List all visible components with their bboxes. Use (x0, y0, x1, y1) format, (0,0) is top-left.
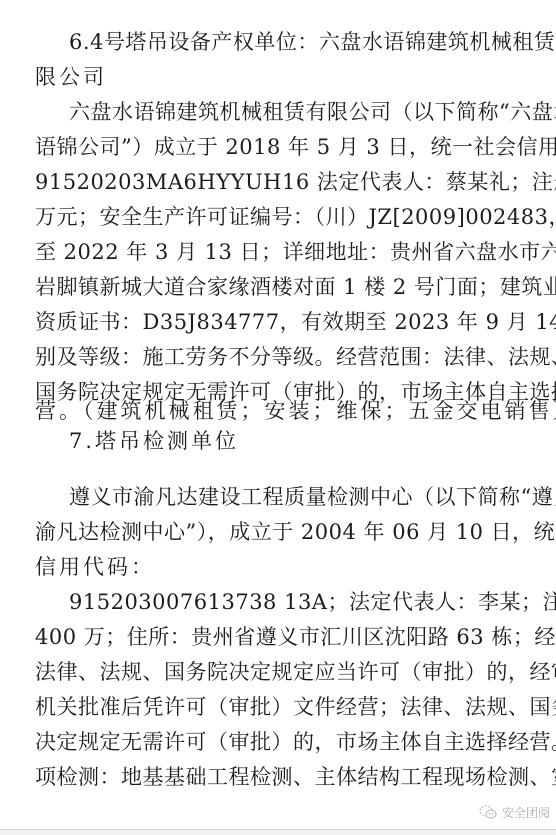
text-line: 决定规定无需许可（审批）的，市场主体自主选择经营。（专 (35, 725, 529, 759)
document-page: 6.4号塔吊设备产权单位：六盘水语锦建筑机械租赁有 限公司 六盘水语锦建筑机械租… (0, 0, 556, 829)
text-line: 至 2022 年 3 月 13 日；详细地址：贵州省六盘水市六枝特区 (35, 235, 529, 269)
wechat-icon (479, 804, 497, 820)
text-line: 限公司 (35, 60, 529, 94)
text-line: 6.4号塔吊设备产权单位：六盘水语锦建筑机械租赁有 (69, 25, 529, 59)
text-line: 语锦公司”）成立于 2018 年 5 月 3 日，统一社会信用代码： (35, 130, 529, 164)
text-line: 资质证书：D35J834777，有效期至 2023 年 9 月 14 日，资质类 (35, 305, 529, 339)
text-line: 渝凡达检测中心”），成立于 2004 年 06 月 10 日，统一社会 (35, 515, 529, 549)
text-line: 项检测：地基基础工程检测、主体结构工程现场检测、室内 (35, 760, 529, 794)
bottom-strip (0, 830, 556, 835)
watermark: 安全团阅 (479, 801, 550, 823)
text-line: 岩脚镇新城大道合家缘酒楼对面 1 楼 2 号门面；建筑业企业 (35, 270, 529, 304)
text-line: 400 万；住所：贵州省遵义市汇川区沈阳路 63 栋；经营范围： (35, 620, 529, 654)
section-heading: 7.塔吊检测单位 (69, 424, 529, 458)
text-line: 信用代码： (35, 550, 529, 584)
text-line: 机关批准后凭许可（审批）文件经营；法律、法规、国务院 (35, 690, 529, 724)
watermark-label: 安全团阅 (502, 804, 550, 821)
text-line: 91520203MA6HYYUH16 法定代表人：蔡某礼；注册资本：100 (35, 165, 529, 199)
text-line: 营。（建筑机械租赁；安装；维保；五金交电销售） (35, 394, 529, 428)
text-line: 遵义市渝凡达建设工程质量检测中心（以下简称“遵义 (69, 480, 529, 514)
text-line: 别及等级：施工劳务不分等级。经营范围：法律、法规、 (35, 340, 529, 374)
text-line: 六盘水语锦建筑机械租赁有限公司（以下简称“六盘水 (69, 95, 529, 129)
text-line: 万元；安全生产许可证编号：（川）JZ[2009]002483，有效期 (35, 200, 529, 234)
text-line: 法律、法规、国务院决定规定应当许可（审批）的，经审批 (35, 655, 529, 689)
text-line: 915203007613738 13A；法定代表人：李某；注册资本： (69, 585, 529, 619)
